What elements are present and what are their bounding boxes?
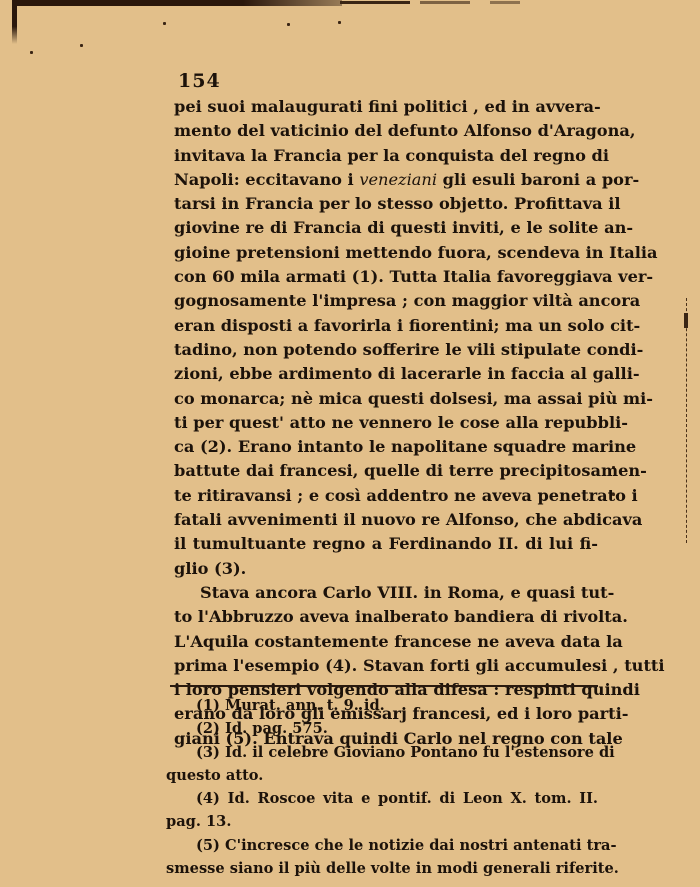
text-line: eran disposti a favorirla i fiorentini; …: [174, 314, 598, 338]
footnote-5-continued: smesse siano il più delle volte in modi …: [166, 857, 598, 880]
text-line: glio (3).: [174, 557, 598, 581]
text-line: tadino, non potendo sofferire le vili st…: [174, 338, 598, 362]
text-line: Napoli: eccitavano i veneziani gli esuli…: [174, 168, 598, 192]
text-line: fatali avvenimenti il nuovo re Alfonso, …: [174, 508, 598, 532]
text-line: gognosamente l'impresa ; con maggior vil…: [174, 289, 598, 313]
text-line: pei suoi malaugurati fini politici , ed …: [174, 95, 598, 119]
text-line: gioine pretensioni mettendo fuora, scend…: [174, 241, 598, 265]
footnote-4: (4) Id. Roscoe vita e pontif. di Leon X.…: [166, 787, 598, 810]
text-line: ca (2). Erano intanto le napolitane squa…: [174, 435, 598, 459]
scan-top-edge-fragment: [420, 1, 470, 4]
italic-word: veneziani: [359, 170, 437, 189]
text-line: battute dai francesi, quelle di terre pr…: [174, 459, 598, 483]
text-line: con 60 mila armati (1). Tutta Italia fav…: [174, 265, 598, 289]
scan-top-edge: [12, 0, 342, 6]
text-line: prima l'esempio (4). Stavan forti gli ac…: [174, 654, 598, 678]
footnotes: (1) Murat. ann. t. 9. id. (2) Id. pag. 5…: [166, 694, 598, 880]
footnote-3: (3) Id. il celebre Gioviano Pontano fu l…: [166, 741, 598, 764]
speck: [163, 22, 166, 25]
footnote-3-continued: questo atto.: [166, 764, 598, 787]
speck: [30, 51, 33, 54]
text-fragment: Napoli: eccitavano i: [174, 170, 354, 189]
footnote-rule: [170, 685, 598, 687]
text-line: invitava la Francia per la conquista del…: [174, 144, 598, 168]
text-line: L'Aquila costantemente francese ne aveva…: [174, 630, 598, 654]
text-line: tarsi in Francia per lo stesso objetto. …: [174, 192, 598, 216]
footnote-5: (5) C'increscе che le notizie dai nostri…: [166, 834, 598, 857]
text-line: giovine re di Francia di questi inviti, …: [174, 216, 598, 240]
scan-top-edge-fragment: [490, 1, 520, 4]
speck: [338, 21, 341, 24]
text-line: te ritiravansi ; e così addentro ne avev…: [174, 484, 598, 508]
text-fragment: gli esuli baroni a por-: [437, 170, 639, 189]
text-line: mento del vaticinio del defunto Alfonso …: [174, 119, 598, 143]
text-line: to l'Abbruzzo aveva inalberato bandiera …: [174, 605, 598, 629]
scan-top-edge-fragment: [340, 1, 410, 4]
page-number: 154: [178, 70, 221, 92]
text-line: co monarca; nè mica questi dolsesi, ma a…: [174, 387, 598, 411]
footnote-4-continued: pag. 13.: [166, 810, 598, 833]
body-text: pei suoi malaugurati fini politici , ed …: [174, 95, 598, 751]
footnote-1: (1) Murat. ann. t. 9. id.: [166, 694, 598, 717]
speck: [287, 23, 290, 26]
text-line: il tumultuante regno a Ferdinando II. di…: [174, 532, 598, 556]
scan-right-edge-mark: [684, 313, 688, 328]
scan-right-edge: [686, 298, 688, 543]
text-line: Stava ancora Carlo VIII. in Roma, e quas…: [174, 581, 598, 605]
scan-left-edge: [12, 0, 17, 44]
speck: [80, 44, 83, 47]
footnote-2: (2) Id. pag. 575.: [166, 717, 598, 740]
text-line: ti per quest' atto ne vennero le cose al…: [174, 411, 598, 435]
text-line: zioni, ebbe ardimento di lacerarle in fa…: [174, 362, 598, 386]
